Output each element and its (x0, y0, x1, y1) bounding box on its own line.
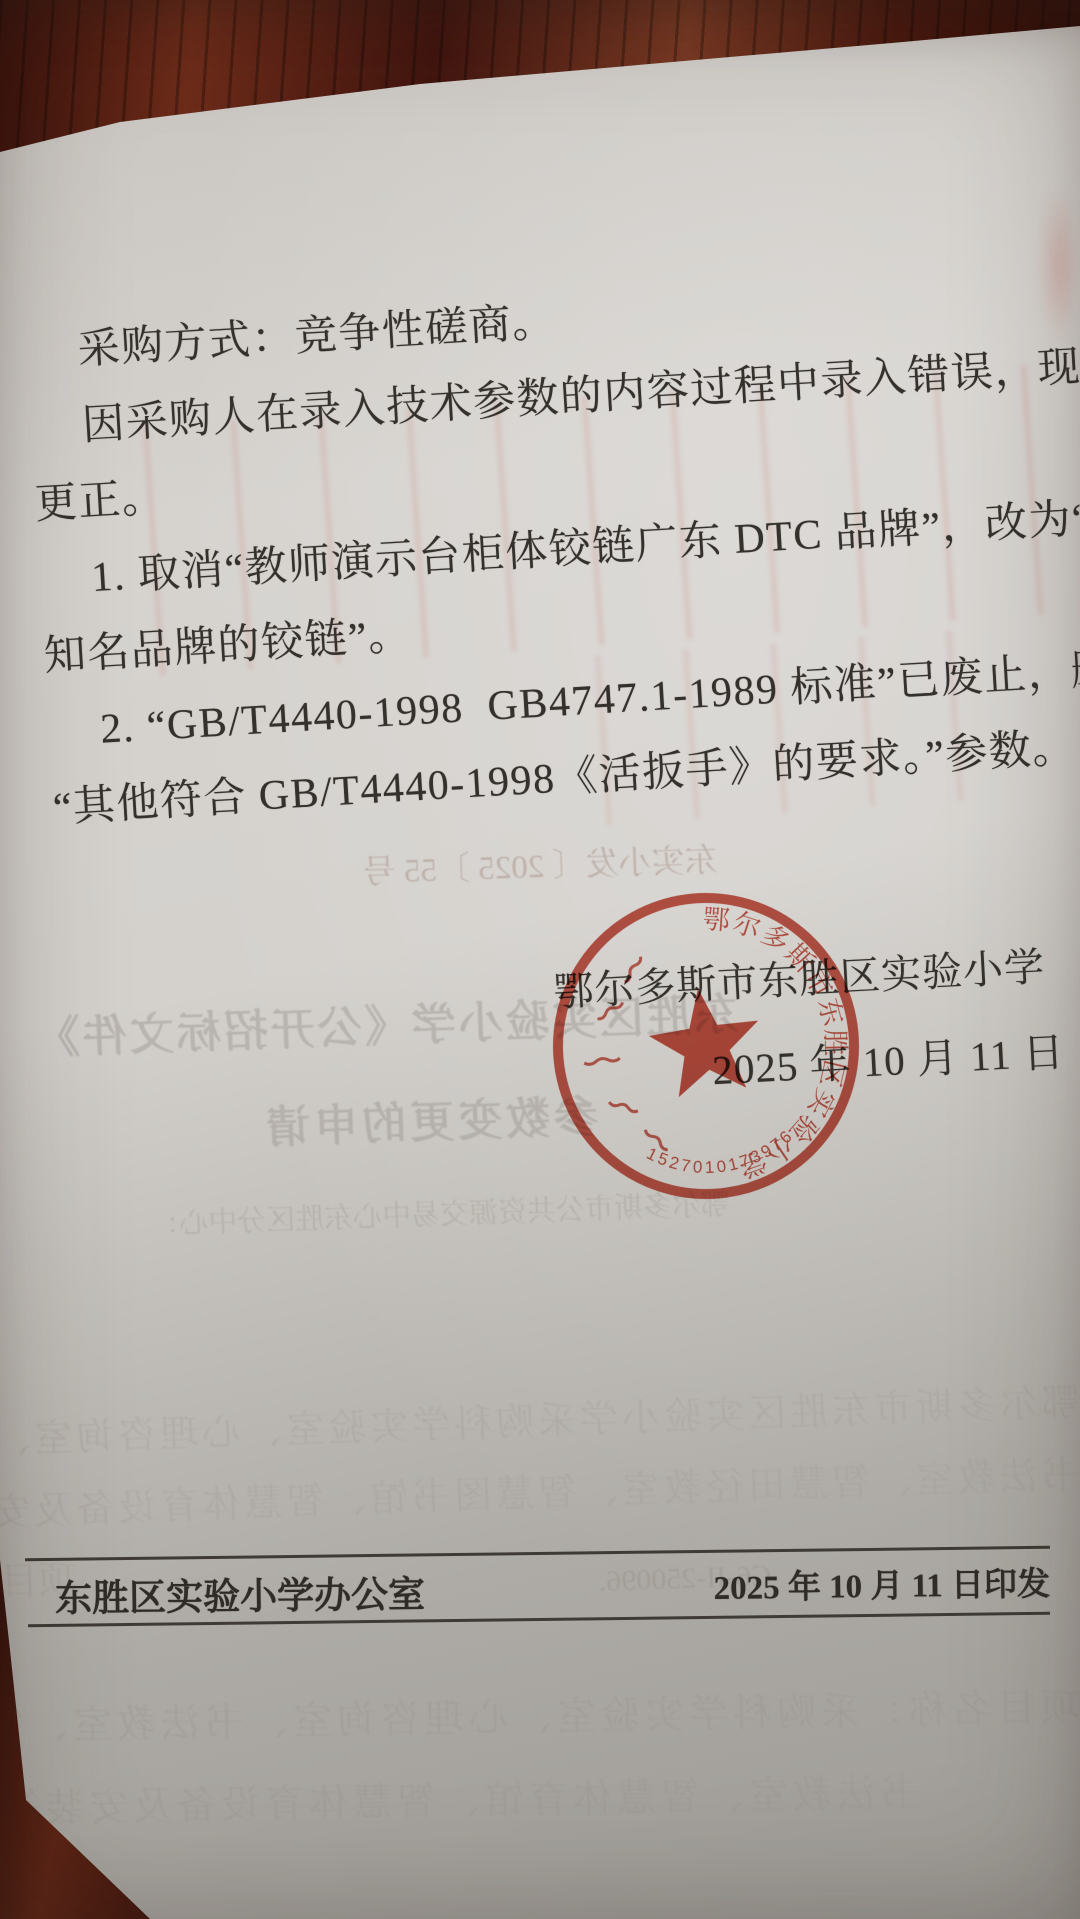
official-seal: 鄂尔多斯市东胜区实验小学 1527010173976 (524, 864, 888, 1228)
body-line-procurement-method: 采购方式：竞争性磋商。 (76, 288, 557, 376)
seal-star (643, 981, 767, 1100)
desk-wood-top-edge (0, 0, 1080, 160)
photo-of-document: { "photo": { "paper_color": "#d3d0cb", "… (0, 0, 1080, 1919)
bleed-tail-line-1: 项目名称：采购科学实验室、心理咨询室、书法教室、智慧 (20, 1677, 1080, 1751)
document-body: 采购方式：竞争性磋商。 因采购人在录入技术参数的内容过程中录入错误，现在申请 更… (18, 259, 1080, 839)
footer-print-date: 2025 年 10 月 11 日印发 (700, 1558, 1051, 1609)
seal-graphic: 鄂尔多斯市东胜区实验小学 1527010173976 (524, 864, 888, 1228)
body-line-item1-cont: 知名品牌的铰链”。 (42, 601, 413, 683)
body-line-correction: 更正。 (33, 464, 167, 532)
bleed-tail-line-2: 书法教室、智慧体育馆、智慧体育设备及安装等项目 (0, 1762, 920, 1834)
footer-office-name: 东胜区实验小学办公室 (55, 1564, 426, 1623)
body-line-item1: 1. 取消“教师演示台柜体铰链广东 DTC 品牌”，改为“使用 (89, 480, 1080, 605)
